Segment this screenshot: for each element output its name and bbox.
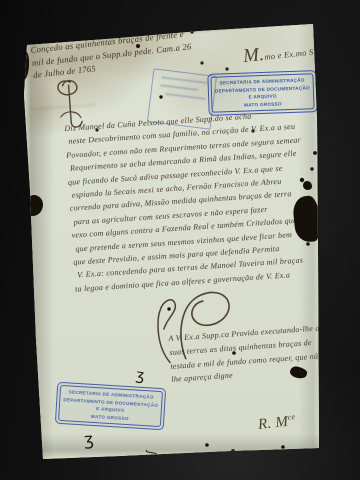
photo-background: Conçedo as quinhentas braças de frente e…	[0, 0, 360, 480]
ink-blot	[303, 181, 312, 190]
ink-speckles	[0, 0, 2, 2]
archive-stamp-border: SECRETARIA DE ADMINISTRAÇÃO DEPARTAMENTO…	[58, 385, 163, 428]
closing-paragraph: A V. Ex.a Supp.ca Provido executando-lhe…	[168, 320, 341, 387]
signature-rubric-sup: ce	[287, 412, 296, 422]
signature-rubric-main: R. M	[257, 414, 289, 433]
ink-blot	[9, 49, 32, 85]
ink-squiggle: ʃ	[145, 450, 159, 456]
signature-rubric: R. Mce	[257, 412, 296, 434]
body-paragraph: Diz Manoel da Cuña Peixoto que elle Supp…	[64, 105, 331, 296]
faint-stamp-smudge	[161, 76, 207, 84]
heading-flourish: M.mo e Ex.mo S.r	[242, 38, 320, 68]
faint-stamp-smudge	[165, 93, 205, 100]
archive-stamp-bottom: SECRETARIA DE ADMINISTRAÇÃO DEPARTAMENTO…	[55, 382, 166, 431]
ink-blot	[26, 195, 43, 216]
manuscript-paper: Conçedo as quinhentas braças de frente e…	[0, 0, 360, 480]
ink-squiggle: ʒ	[135, 365, 146, 384]
ink-squiggle: ʒ	[83, 430, 94, 451]
faint-stamp-smudge	[160, 84, 198, 91]
